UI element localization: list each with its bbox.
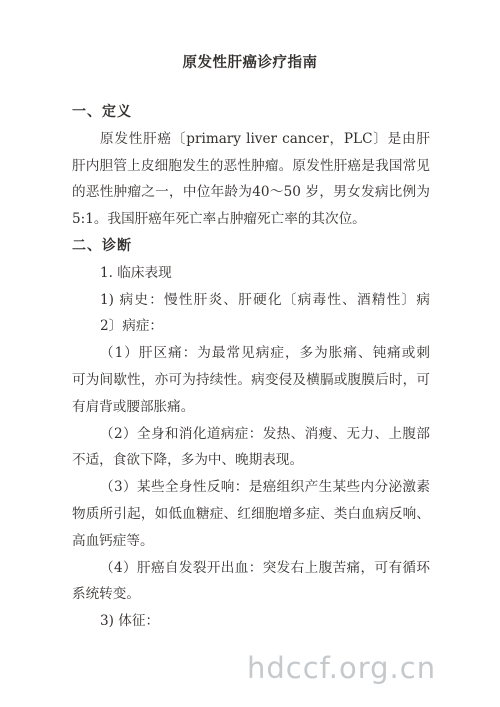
sub-item-liver-pain: （1）肝区痛：为最常见病症，多为胀痛、钝痛或刺痛； [72,340,430,367]
document-body: 一、定义 原发性肝癌〔primary liver cancer，PLC〕是由肝细… [72,99,430,635]
list-item-signs: 3) 体征： [72,608,430,635]
paragraph-line: 5:1。我国肝癌年死亡率占肿瘤死亡率的其次位。 [72,206,430,233]
paragraph-line: 不适，食欲下降，多为中、晚期表现。 [72,447,430,474]
paragraph-line: 肝内胆管上皮细胞发生的恶性肿瘤。原发性肝癌是我国常见 [72,153,430,180]
paragraph-line: 可为间歇性，亦可为持续性。病变侵及横膈或腹膜后时，可 [72,367,430,394]
paragraph-line: 原发性肝癌〔primary liver cancer，PLC〕是由肝细胞或 [72,126,430,153]
paragraph-line: 有肩背或腰部胀痛。 [72,394,430,421]
paragraph-line: 高血钙症等。 [72,528,430,555]
section-heading-diagnosis: 二、诊断 [72,233,430,260]
section-heading-definition: 一、定义 [72,99,430,126]
sub-item-reactions: （3）某些全身性反响：是癌组织产生某些内分泌激素 [72,474,430,501]
page-title: 原发性肝癌诊疗指南 [0,0,500,76]
watermark-text: hdccf.org.cn [247,651,436,685]
document-page: 原发性肝癌诊疗指南 一、定义 原发性肝癌〔primary liver cance… [0,0,500,707]
list-item-clinical: 1. 临床表现 [72,260,430,287]
paragraph-line: 的恶性肿瘤之一，中位年龄为40～50 岁，男女发病比例为2～ [72,179,430,206]
paragraph-line: 物质所引起，如低血糖症、红细胞增多症、类白血病反响、 [72,501,430,528]
list-item-symptoms: 2〕病症： [72,313,430,340]
paragraph-line: 系统转变。 [72,581,430,608]
sub-item-systemic: （2）全身和消化道病症：发热、消瘦、无力、上腹部 [72,421,430,448]
sub-item-rupture: （4）肝癌自发裂开出血：突发右上腹苦痛，可有循环 [72,555,430,582]
list-item-history: 1) 病史：慢性肝炎、肝硬化〔病毒性、酒精性〕病史。 [72,287,430,314]
